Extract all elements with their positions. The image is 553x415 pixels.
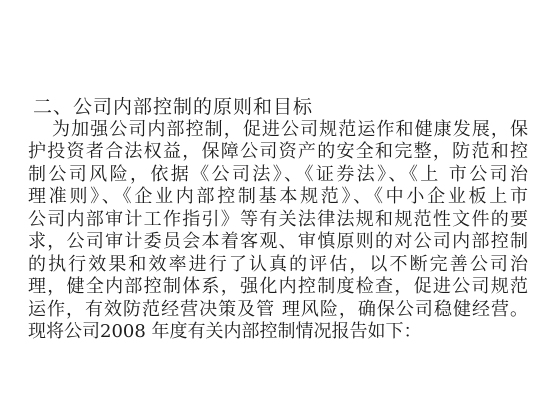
paragraph-line-3: 制公司风险，依据《公司法》、《证券法》、《上 市公司治	[28, 164, 528, 187]
paragraph-line-5: 公司内部审计工作指引》等有关法律法规和规范性文件的要	[28, 209, 528, 232]
paragraph-line-6: 求，公司审计委员会本着客观、审慎原则的对公司内部控制	[28, 231, 528, 254]
slide-text-block: 二、公司内部控制的原则和目标 为加强公司内部控制，促进公司规范运作和健康发展，保…	[28, 96, 528, 344]
closing-line: 现将公司2008 年度有关内部控制情况报告如下：	[28, 321, 528, 344]
paragraph-line-2: 护投资者合法权益，保障公司资产的安全和完整，防范和控	[28, 141, 528, 164]
paragraph-line-7: 的执行效果和效率进行了认真的评估，以不断完善公司治	[28, 254, 528, 277]
paragraph-line-9: 运作，有效防范经营决策及管 理风险，确保公司稳健经营。	[28, 299, 528, 322]
paragraph-line-8: 理，健全内部控制体系，强化内控制度检查，促进公司规范	[28, 276, 528, 299]
paragraph-line-1: 为加强公司内部控制，促进公司规范运作和健康发展，保	[28, 119, 528, 142]
slide-canvas: 二、公司内部控制的原则和目标 为加强公司内部控制，促进公司规范运作和健康发展，保…	[0, 0, 553, 415]
paragraph-line-4: 理准则》、《企业内部控制基本规范》、《中小企业板上市	[28, 186, 528, 209]
section-title: 二、公司内部控制的原则和目标	[33, 96, 528, 119]
